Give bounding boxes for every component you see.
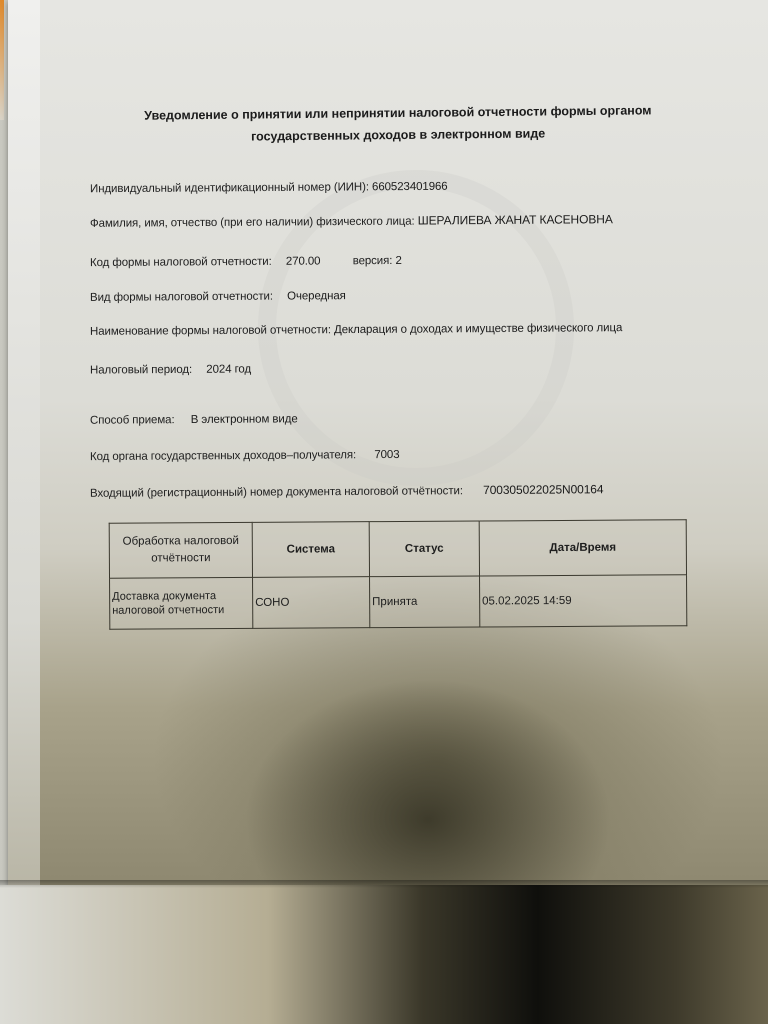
method-value: В электронном виде (191, 413, 298, 426)
field-iin: Индивидуальный идентификационный номер (… (90, 181, 448, 195)
fio-value: ШЕРАЛИЕВА ЖАНАТ КАСЕНОВНА (418, 212, 613, 227)
method-label: Способ приема: (90, 414, 175, 427)
photo-scene: Уведомление о принятии или непринятии на… (0, 0, 768, 1024)
table-header-row: Обработка налоговой отчётности Система С… (109, 520, 686, 579)
form-type-value: Очередная (287, 290, 346, 302)
period-value: 2024 год (206, 363, 251, 375)
field-receipt-method: Способ приема: В электронном виде (90, 413, 298, 426)
field-registration-number: Входящий (регистрационный) номер докумен… (90, 482, 604, 500)
version-label: версия: (353, 255, 393, 267)
cell-status: Принята (369, 576, 479, 628)
paper-document: Уведомление о принятии или непринятии на… (8, 0, 768, 885)
cell-processing: Доставка документа налоговой отчетности (110, 577, 253, 629)
header-status: Статус (369, 521, 479, 577)
period-label: Налоговый период: (90, 364, 192, 377)
form-name-value: Декларация о доходах и имуществе физичес… (334, 322, 622, 336)
field-authority-code: Код органа государственных доходов–получ… (90, 449, 400, 463)
document-title: Уведомление о принятии или непринятии на… (108, 99, 688, 149)
form-type-label: Вид формы налоговой отчетности: (90, 291, 273, 304)
authority-code-value: 7003 (374, 449, 399, 461)
fio-label: Фамилия, имя, отчество (при его наличии)… (90, 216, 415, 230)
field-form-type: Вид формы налоговой отчетности: Очередна… (90, 290, 346, 304)
table-row: Доставка документа налоговой отчетности … (110, 575, 687, 630)
field-tax-period: Налоговый период: 2024 год (90, 363, 251, 376)
header-system: Система (252, 522, 369, 578)
iin-label: Индивидуальный идентификационный номер (… (90, 181, 369, 195)
form-code-value: 270.00 (286, 255, 321, 267)
form-code-label: Код формы налоговой отчетности: (90, 256, 272, 269)
iin-value: 660523401966 (372, 181, 448, 194)
header-processing: Обработка налоговой отчётности (109, 522, 252, 578)
reg-number-value: 700305022025N00164 (483, 482, 603, 497)
cell-system: СОНО (253, 577, 370, 629)
authority-code-label: Код органа государственных доходов–получ… (90, 449, 356, 463)
processing-status-table: Обработка налоговой отчётности Система С… (109, 519, 688, 630)
header-datetime: Дата/Время (479, 520, 686, 576)
field-form-code: Код формы налоговой отчетности: 270.00 в… (90, 255, 402, 269)
background-edge (0, 0, 4, 120)
cell-datetime: 05.02.2025 14:59 (479, 575, 686, 627)
version-value: 2 (395, 255, 401, 267)
underlying-paper (0, 885, 768, 1024)
reg-number-label: Входящий (регистрационный) номер докумен… (90, 485, 463, 500)
page-margin-strip (8, 0, 40, 885)
form-name-label: Наименование формы налоговой отчетности: (90, 324, 331, 338)
page-edge-shadow (0, 880, 768, 888)
